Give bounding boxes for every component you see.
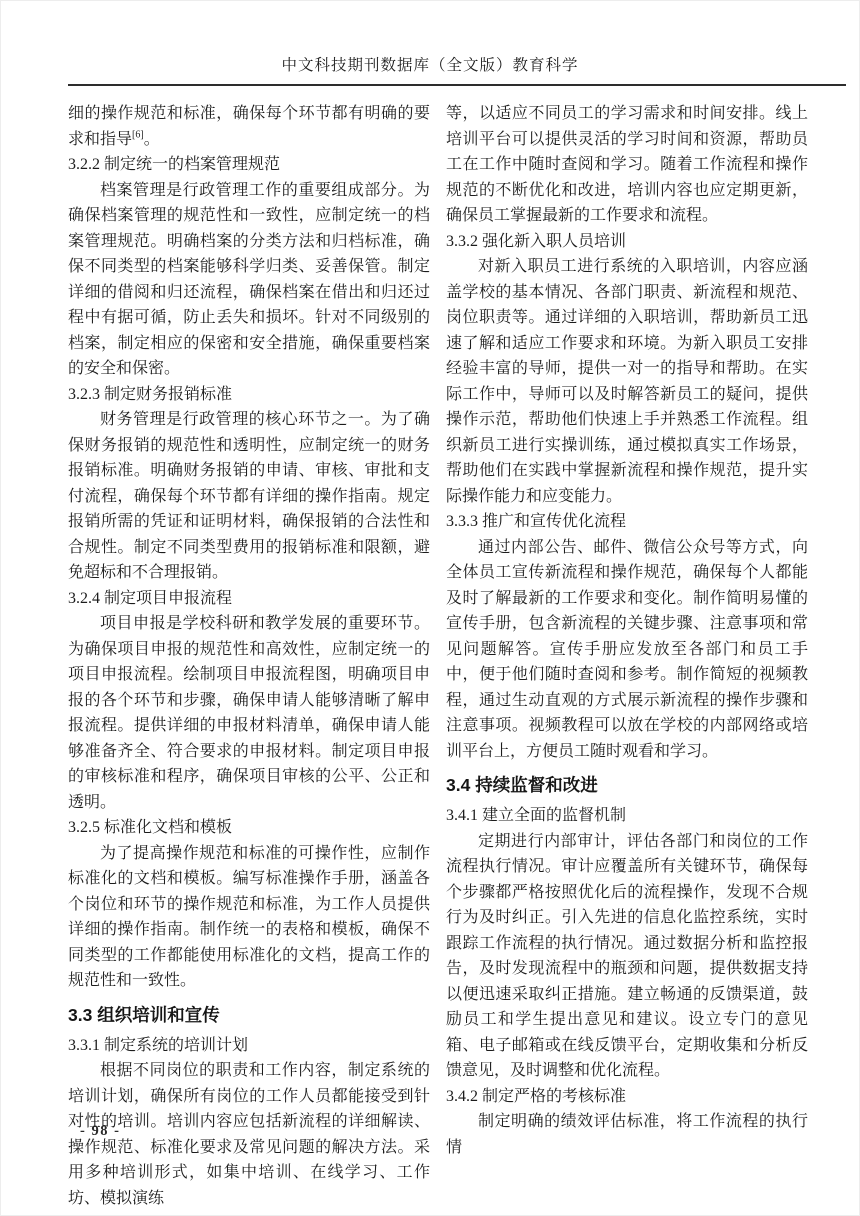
- subsection-heading: 3.2.3 制定财务报销标准: [68, 382, 430, 408]
- left-column: 细的操作规范和标准，确保每个环节都有明确的要求和指导[6]。3.2.2 制定统一…: [68, 101, 430, 1211]
- paragraph: 档案管理是行政管理工作的重要组成部分。为确保档案管理的规范性和一致性，应制定统一…: [68, 178, 430, 382]
- paragraph: 财务管理是行政管理的核心环节之一。为了确保财务报销的规范性和透明性，应制定统一的…: [68, 407, 430, 586]
- page-header-journal-title: 中文科技期刊数据库（全文版）教育科学: [68, 56, 792, 76]
- subsection-heading: 3.3.1 制定系统的培训计划: [68, 1033, 430, 1059]
- paragraph: 等，以适应不同员工的学习需求和时间安排。线上培训平台可以提供灵活的学习时间和资源…: [446, 101, 808, 229]
- paragraph: 制定明确的绩效评估标准，将工作流程的执行情: [446, 1109, 808, 1160]
- paragraph: 细的操作规范和标准，确保每个环节都有明确的要求和指导[6]。: [68, 101, 430, 152]
- subsection-heading: 3.2.2 制定统一的档案管理规范: [68, 152, 430, 178]
- subsection-heading: 3.3.3 推广和宣传优化流程: [446, 509, 808, 535]
- paragraph: 根据不同岗位的职责和工作内容，制定系统的培训计划，确保所有岗位的工作人员都能接受…: [68, 1058, 430, 1211]
- paragraph: 对新入职员工进行系统的入职培训，内容应涵盖学校的基本情况、各部门职责、新流程和规…: [446, 254, 808, 509]
- right-column: 等，以适应不同员工的学习需求和时间安排。线上培训平台可以提供灵活的学习时间和资源…: [446, 101, 808, 1211]
- paragraph: 项目申报是学校科研和教学发展的重要环节。为确保项目申报的规范性和高效性，应制定统…: [68, 611, 430, 815]
- subsection-heading: 3.4.1 建立全面的监督机制: [446, 803, 808, 829]
- citation-marker: [6]: [132, 129, 144, 140]
- section-heading: 3.3 组织培训和宣传: [68, 1002, 430, 1029]
- subsection-heading: 3.4.2 制定严格的考核标准: [446, 1084, 808, 1110]
- paragraph: 定期进行内部审计，评估各部门和岗位的工作流程执行情况。审计应覆盖所有关键环节，确…: [446, 829, 808, 1084]
- paragraph: 通过内部公告、邮件、微信公众号等方式，向全体员工宣传新流程和操作规范，确保每个人…: [446, 535, 808, 765]
- subsection-heading: 3.2.5 标准化文档和模板: [68, 815, 430, 841]
- section-heading: 3.4 持续监督和改进: [446, 772, 808, 799]
- journal-page: 中文科技期刊数据库（全文版）教育科学 细的操作规范和标准，确保每个环节都有明确的…: [0, 0, 860, 1216]
- subsection-heading: 3.3.2 强化新入职人员培训: [446, 229, 808, 255]
- paragraph: 为了提高操作规范和标准的可操作性，应制作标准化的文档和模板。编写标准操作手册，涵…: [68, 841, 430, 994]
- page-number: - 98 -: [80, 1123, 120, 1140]
- header-rule: [68, 84, 846, 86]
- subsection-heading: 3.2.4 制定项目申报流程: [68, 586, 430, 612]
- article-body: 细的操作规范和标准，确保每个环节都有明确的要求和指导[6]。3.2.2 制定统一…: [68, 101, 808, 1211]
